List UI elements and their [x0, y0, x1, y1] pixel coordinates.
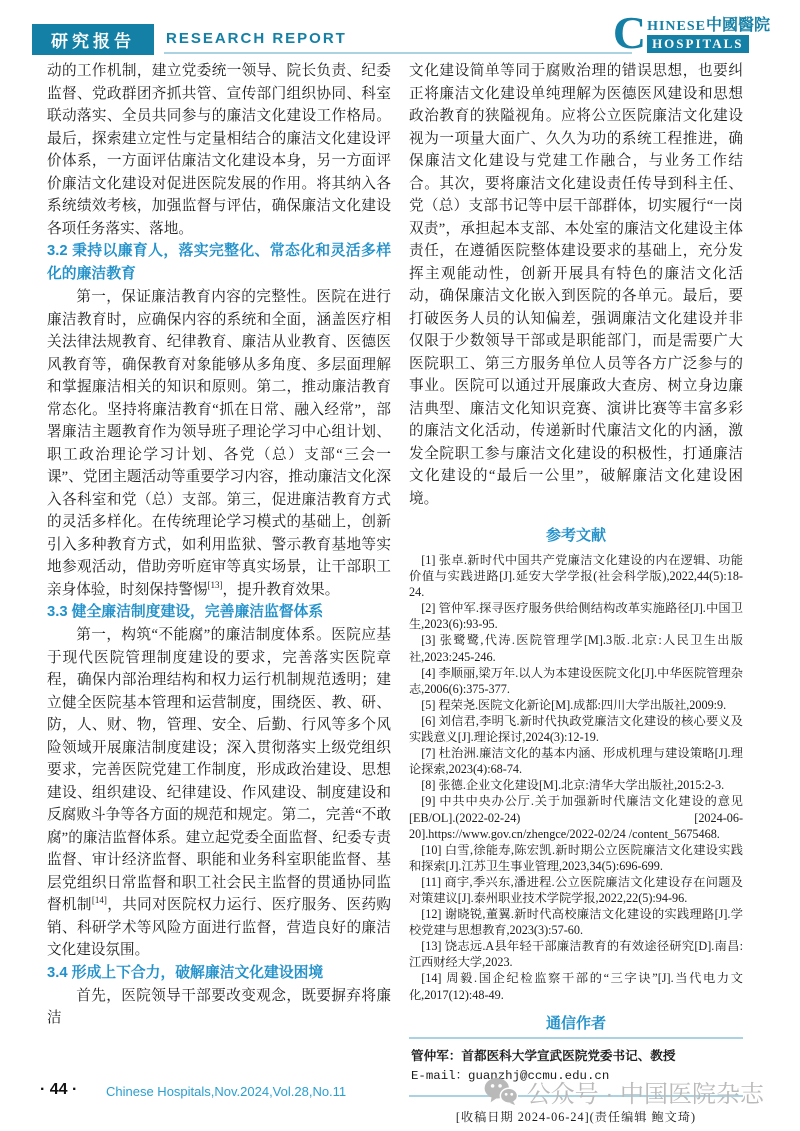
logo-hospitals-text: HOSPITALS: [647, 35, 748, 53]
references-list: [1] 张卓.新时代中国共产党廉洁文化建设的内在逻辑、功能价值与实践进路[J].…: [409, 552, 743, 1003]
reference-item: [13] 饶志远.A县年轻干部廉洁教育的有效途径研究[D].南昌:江西财经大学,…: [409, 938, 743, 970]
logo-chinese-text: 中國醫院: [706, 17, 770, 34]
section-3-4-body: 首先，医院领导干部要改变观念，既要摒弃将廉洁: [47, 985, 391, 1030]
reference-item: [14] 周毅.国企纪检监察干部的“三字诀”[J].当代电力文化,2017(12…: [409, 970, 743, 1002]
reference-item: [12] 谢晓锐,董翼.新时代高校廉洁文化建设的实践理路[J].学校党建与思想教…: [409, 906, 743, 938]
watermark-text: 公众号 · 中国医院杂志: [527, 1074, 764, 1109]
section-3-2-text: 第一，保证廉洁教育内容的完整性。医院在进行廉洁教育时，应确保内容的系统和全面，涵…: [47, 289, 391, 598]
page: { "colors": { "brand_teal": "#1580a5", "…: [0, 0, 800, 1131]
reference-item: [7] 杜治洲.廉洁文化的基本内涵、形成机理与建设策略[J].理论探索,2023…: [409, 745, 743, 777]
wechat-icon: [484, 1077, 518, 1106]
section-3-4-heading: 3.4 形成上下合力，破解廉洁文化建设困境: [47, 962, 391, 985]
reference-item: [2] 管仲军.探寻医疗服务供给侧结构改革实施路径[J].中国卫生,2023(6…: [409, 600, 743, 632]
paragraph-continuation-right: 文化建设简单等同于腐败治理的错误思想，也要纠正将廉洁文化建设单纯理解为医德医风建…: [409, 60, 743, 510]
citation-13: [13]: [208, 580, 223, 590]
journal-citation: Chinese Hospitals,Nov.2024,Vol.28,No.11: [106, 1084, 346, 1099]
wechat-watermark: 公众号 · 中国医院杂志: [484, 1074, 764, 1109]
reference-item: [9] 中共中央办公厅.关于加强新时代廉洁文化建设的意见[EB/OL].(202…: [409, 793, 743, 841]
page-number: · 44 ·: [40, 1081, 77, 1099]
reference-item: [10] 白雪,徐能寿,陈宏凯.新时期公立医院廉洁文化建设实践和探索[J].江苏…: [409, 842, 743, 874]
logo-letter-c: C: [613, 12, 646, 54]
section-3-3-text: 第一，构筑“不能腐”的廉洁制度体系。医院应基于现代医院管理制度建设的要求，完善落…: [47, 627, 391, 913]
reference-item: [6] 刘信君,李明飞.新时代执政党廉洁文化建设的核心要义及实践意义[J].理论…: [409, 713, 743, 745]
section-3-2-heading: 3.2 秉持以廉育人，落实完整化、常态化和灵活多样化的廉洁教育: [47, 240, 391, 286]
correspondence-heading: 通信作者: [409, 1012, 743, 1033]
reference-item: [4] 李顺丽,梁万年.以人为本建设医院文化[J].中华医院管理杂志,2006(…: [409, 665, 743, 697]
reference-item: [11] 商宇,季兴东,潘进程.公立医院廉洁文化建设存在问题及对策建议[J].泰…: [409, 874, 743, 906]
section-3-3-text-end: ，共同对医院权力运行、医疗服务、医药购销、科研学术等风险方面进行监督，营造良好的…: [47, 897, 391, 958]
reference-item: [3] 张鹭鹭,代涛.医院管理学[M].3版.北京:人民卫生出版社,2023:2…: [409, 632, 743, 664]
right-column: 文化建设简单等同于腐败治理的错误思想，也要纠正将廉洁文化建设单纯理解为医德医风建…: [409, 60, 743, 1125]
reference-item: [5] 程荣尧.医院文化新论[M].成都:四川大学出版社,2009:9.: [409, 697, 743, 713]
references-heading: 参考文献: [409, 524, 743, 545]
section-3-3-body: 第一，构筑“不能腐”的廉洁制度体系。医院应基于现代医院管理制度建设的要求，完善落…: [47, 624, 391, 962]
reference-item: [1] 张卓.新时代中国共产党廉洁文化建设的内在逻辑、功能价值与实践进路[J].…: [409, 552, 743, 600]
received-date-line: [收稿日期 2024-06-24](责任编辑 鲍文琦): [409, 1108, 743, 1125]
logo-hinese-text: HINESE: [647, 19, 706, 34]
citation-14: [14]: [92, 895, 107, 905]
header-divider: [164, 52, 632, 54]
left-column: 动的工作机制，建立党委统一领导、院长负责、纪委监督、党政群团齐抓共管、宣传部门组…: [47, 60, 391, 1030]
paragraph-continuation: 动的工作机制，建立党委统一领导、院长负责、纪委监督、党政群团齐抓共管、宣传部门组…: [47, 60, 391, 240]
section-3-2-body: 第一，保证廉洁教育内容的完整性。医院在进行廉洁教育时，应确保内容的系统和全面，涵…: [47, 286, 391, 601]
section-3-2-text-end: ，提升教育效果。: [223, 582, 340, 598]
logo-top-row: HINESE中國醫院: [647, 18, 770, 35]
journal-logo: C HINESE中國醫院 HOSPITALS: [613, 12, 770, 54]
correspondence-author: 管仲军：首都医科大学宣武医院党委书记、教授: [411, 1046, 741, 1066]
reference-item: [8] 张德.企业文化建设[M].北京:清华大学出版社,2015:2-3.: [409, 777, 743, 793]
report-type-en-label: RESEARCH REPORT: [166, 30, 347, 47]
report-type-badge: 研究报告: [32, 24, 154, 55]
section-3-3-heading: 3.3 健全廉洁制度建设，完善廉洁监督体系: [47, 601, 391, 624]
